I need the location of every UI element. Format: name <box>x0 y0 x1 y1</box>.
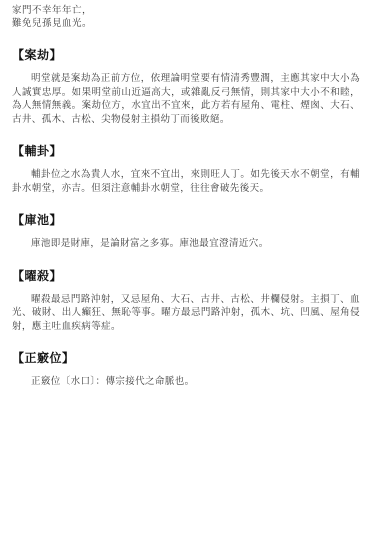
section-body-kuchi: 庫池即是財庫，是論財富之多寡。庫池最宜澄清近穴。 <box>12 238 360 252</box>
section-body-fugua: 輔卦位之水為貴人水，宜來不宜出，來則旺人丁。如先後天水不朝堂，有輔卦水朝堂，亦吉… <box>12 169 360 196</box>
section-yaosha: 【曜殺】 曜殺最忌門路沖射，又忌屋角、大石、古井、古松、井欄侵射。主損丁、血光、… <box>12 267 360 335</box>
section-kuchi: 【庫池】 庫池即是財庫，是論財富之多寡。庫池最宜澄清近穴。 <box>12 211 360 252</box>
section-heading-anjie: 【案劫】 <box>12 46 360 63</box>
intro-verse: 家門不幸年年亡， 難免兒孫見血光。 <box>12 5 360 31</box>
section-anjie: 【案劫】 明堂就是案劫為正前方位，依理論明堂要有情清秀豐潤，主應其家中大小為人誠… <box>12 46 360 127</box>
section-heading-yaosha: 【曜殺】 <box>12 267 360 284</box>
section-heading-fugua: 【輔卦】 <box>12 142 360 159</box>
intro-line-2: 難免兒孫見血光。 <box>12 18 360 31</box>
section-heading-zhengqiaowei: 【正竅位】 <box>12 349 360 366</box>
section-body-yaosha: 曜殺最忌門路沖射，又忌屋角、大石、古井、古松、井欄侵射。主損丁、血光、破財、出人… <box>12 294 360 335</box>
document-page: 家門不幸年年亡， 難免兒孫見血光。 【案劫】 明堂就是案劫為正前方位，依理論明堂… <box>0 0 372 550</box>
section-body-anjie: 明堂就是案劫為正前方位，依理論明堂要有情清秀豐潤，主應其家中大小為人誠實忠厚。如… <box>12 73 360 127</box>
section-body-zhengqiaowei: 正竅位〔水口〕：傳宗接代之命脈也。 <box>12 376 360 390</box>
intro-line-1: 家門不幸年年亡， <box>12 5 360 18</box>
section-zhengqiaowei: 【正竅位】 正竅位〔水口〕：傳宗接代之命脈也。 <box>12 349 360 390</box>
section-fugua: 【輔卦】 輔卦位之水為貴人水，宜來不宜出，來則旺人丁。如先後天水不朝堂，有輔卦水… <box>12 142 360 196</box>
section-heading-kuchi: 【庫池】 <box>12 211 360 228</box>
